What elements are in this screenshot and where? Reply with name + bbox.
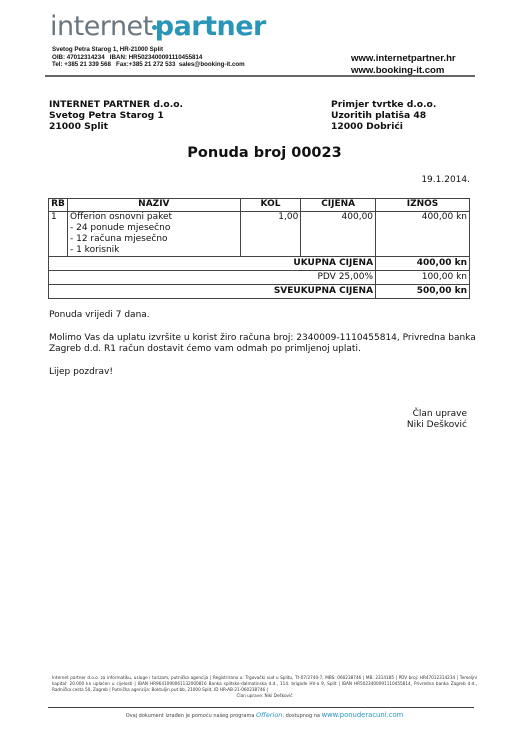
offer-items-table: RB NAZIV KOL CIJENA IZNOS 1 Offerion osn… bbox=[48, 198, 470, 299]
column-header-iznos: IZNOS bbox=[376, 199, 470, 212]
cell-iznos: 400,00 kn bbox=[376, 212, 470, 257]
payment-instructions: Molimo Vas da uplatu izvršite u korist ž… bbox=[49, 333, 479, 355]
footer-divider bbox=[48, 707, 474, 708]
sender-city: 21000 Split bbox=[49, 121, 183, 132]
grand-total-value: 500,00 kn bbox=[376, 285, 470, 299]
signature-role: Član uprave bbox=[407, 409, 467, 420]
item-name: Offerion osnovni paket bbox=[70, 212, 238, 223]
cell-kol: 1,00 bbox=[240, 212, 301, 257]
logo-text-internet: internet bbox=[50, 11, 153, 42]
item-detail: - 1 korisnik bbox=[70, 245, 238, 256]
footer-generated-note: Ovaj dokument izrađen je pomoću našeg pr… bbox=[0, 711, 529, 719]
column-header-cijena: CIJENA bbox=[301, 199, 376, 212]
item-detail: - 24 ponude mjesečno bbox=[70, 223, 238, 234]
document-date: 19.1.2014. bbox=[421, 175, 470, 185]
column-header-kol: KOL bbox=[240, 199, 301, 212]
sender-street: Svetog Petra Starog 1 bbox=[49, 110, 183, 121]
cell-naziv: Offerion osnovni paket - 24 ponude mjese… bbox=[67, 212, 240, 257]
table-header-row: RB NAZIV KOL CIJENA IZNOS bbox=[49, 199, 470, 212]
footer-note-middle: , dostupnog na bbox=[282, 713, 320, 719]
subtotal-label: UKUPNA CIJENA bbox=[49, 257, 376, 271]
total-row-grand: SVEUKUPNA CIJENA 500,00 kn bbox=[49, 285, 470, 299]
sender-address: INTERNET PARTNER d.o.o. Svetog Petra Sta… bbox=[49, 99, 183, 132]
validity-text: Ponuda vrijedi 7 dana. bbox=[49, 310, 150, 321]
table-row: 1 Offerion osnovni paket - 24 ponude mje… bbox=[49, 212, 470, 257]
footer-board-member: Član uprave: Niki Dešković bbox=[52, 693, 477, 699]
recipient-city: 12000 Dobrići bbox=[331, 121, 436, 132]
company-logo: internetpartner bbox=[50, 12, 266, 42]
greeting-text: Lijep pozdrav! bbox=[49, 367, 113, 378]
signature-block: Član uprave Niki Dešković bbox=[407, 409, 467, 431]
signature-name: Niki Dešković bbox=[407, 420, 467, 431]
recipient-name: Primjer tvrtke d.o.o. bbox=[331, 99, 436, 110]
footer-legal-text: Internet partner d.o.o. za informatiku, … bbox=[52, 675, 477, 692]
recipient-address: Primjer tvrtke d.o.o. Uzoritih platiša 4… bbox=[331, 99, 436, 132]
recipient-street: Uzoritih platiša 48 bbox=[331, 110, 436, 121]
header-divider bbox=[45, 75, 475, 77]
subtotal-value: 400,00 kn bbox=[376, 257, 470, 271]
total-row-subtotal: UKUPNA CIJENA 400,00 kn bbox=[49, 257, 470, 271]
footer-note-prefix: Ovaj dokument izrađen je pomoću našeg pr… bbox=[126, 713, 255, 719]
ponuderacuni-site-link[interactable]: www.ponuderacuni.com bbox=[322, 711, 404, 719]
footer-legal-info: Internet partner d.o.o. za informatiku, … bbox=[52, 675, 477, 699]
letterhead-websites: www.internetpartner.hr www.booking-it.co… bbox=[351, 53, 456, 76]
vat-value: 100,00 kn bbox=[376, 271, 470, 285]
letterhead-address: Svetog Petra Starog 1, HR-21000 Split bbox=[52, 46, 245, 54]
offerion-brand-link[interactable]: Offerion bbox=[256, 711, 282, 719]
vat-label: PDV 25,00% bbox=[49, 271, 376, 285]
letterhead-oib-iban: OIB: 47012314234 IBAN: HR502340009111045… bbox=[52, 54, 245, 62]
letterhead-contact: Tel: +385 21 339 568 Fax:+385 21 272 533… bbox=[52, 61, 245, 69]
cell-rb: 1 bbox=[49, 212, 68, 257]
sender-name: INTERNET PARTNER d.o.o. bbox=[49, 99, 183, 110]
cell-cijena: 400,00 bbox=[301, 212, 376, 257]
grand-total-label: SVEUKUPNA CIJENA bbox=[49, 285, 376, 299]
item-detail: - 12 računa mjesečno bbox=[70, 234, 238, 245]
website-link-1[interactable]: www.internetpartner.hr bbox=[351, 53, 456, 65]
column-header-naziv: NAZIV bbox=[67, 199, 240, 212]
document-title: Ponuda broj 00023 bbox=[0, 145, 529, 161]
total-row-vat: PDV 25,00% 100,00 kn bbox=[49, 271, 470, 285]
logo-text-partner: partner bbox=[155, 11, 266, 42]
letterhead-info: Svetog Petra Starog 1, HR-21000 Split OI… bbox=[52, 46, 245, 69]
column-header-rb: RB bbox=[49, 199, 68, 212]
